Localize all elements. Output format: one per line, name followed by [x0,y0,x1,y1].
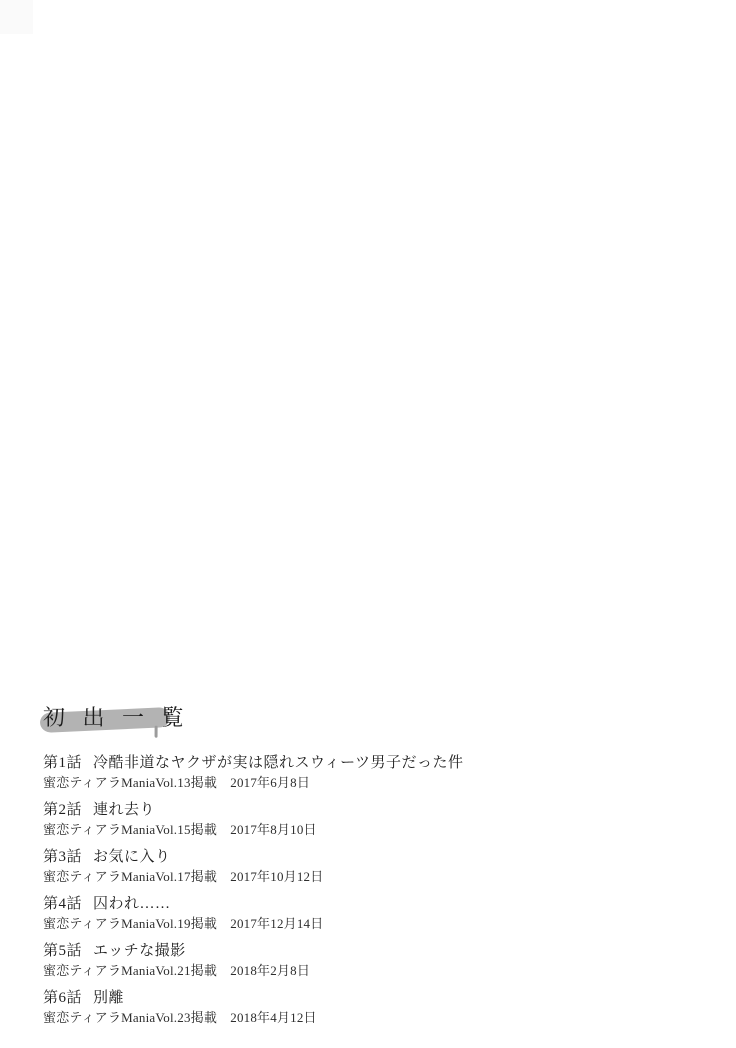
entry-row: 第6話別離蜜恋ティアラManiaVol.23掲載 2018年4月12日 [43,988,683,1026]
entry-title-line: 第4話囚われ…… [43,894,683,914]
episode-label: 第6話 [43,990,82,1006]
publication-credit: 蜜恋ティアラManiaVol.17掲載 2017年10月12日 [43,869,683,885]
section-title: 初 出 一 覧 [43,705,190,730]
publication-credit: 蜜恋ティアラManiaVol.21掲載 2018年2月8日 [43,963,683,979]
entry-title-line: 第1話冷酷非道なヤクザが実は隠れスウィーツ男子だった件 [43,753,683,773]
entry-title-line: 第6話別離 [43,988,683,1008]
episode-label: 第2話 [43,802,82,818]
episode-title: 連れ去り [93,802,155,818]
episode-label: 第4話 [43,896,82,912]
entry-list: 第1話冷酷非道なヤクザが実は隠れスウィーツ男子だった件蜜恋ティアラManiaVo… [43,753,683,1026]
publication-credit: 蜜恋ティアラManiaVol.13掲載 2017年6月8日 [43,775,683,791]
entry-row: 第5話エッチな撮影蜜恋ティアラManiaVol.21掲載 2018年2月8日 [43,941,683,979]
entry-row: 第3話お気に入り蜜恋ティアラManiaVol.17掲載 2017年10月12日 [43,847,683,885]
publication-credit: 蜜恋ティアラManiaVol.15掲載 2017年8月10日 [43,822,683,838]
first-publication-list: 初 出 一 覧 第1話冷酷非道なヤクザが実は隠れスウィーツ男子だった件蜜恋ティア… [43,701,683,1035]
entry-row: 第1話冷酷非道なヤクザが実は隠れスウィーツ男子だった件蜜恋ティアラManiaVo… [43,753,683,791]
episode-title: 別離 [93,990,124,1006]
episode-label: 第1話 [43,755,82,771]
episode-label: 第3話 [43,849,82,865]
section-header: 初 出 一 覧 [43,701,683,735]
entry-title-line: 第2話連れ去り [43,800,683,820]
episode-title: お気に入り [93,849,171,865]
episode-title: 冷酷非道なヤクザが実は隠れスウィーツ男子だった件 [93,755,464,771]
scan-corner-artifact [0,0,33,34]
episode-label: 第5話 [43,943,82,959]
episode-title: エッチな撮影 [93,943,186,959]
entry-title-line: 第5話エッチな撮影 [43,941,683,961]
publication-credit: 蜜恋ティアラManiaVol.19掲載 2017年12月14日 [43,916,683,932]
entry-row: 第2話連れ去り蜜恋ティアラManiaVol.15掲載 2017年8月10日 [43,800,683,838]
entry-row: 第4話囚われ……蜜恋ティアラManiaVol.19掲載 2017年12月14日 [43,894,683,932]
publication-credit: 蜜恋ティアラManiaVol.23掲載 2018年4月12日 [43,1010,683,1026]
book-page: 初 出 一 覧 第1話冷酷非道なヤクザが実は隠れスウィーツ男子だった件蜜恋ティア… [0,0,736,1048]
episode-title: 囚われ…… [93,896,171,912]
entry-title-line: 第3話お気に入り [43,847,683,867]
